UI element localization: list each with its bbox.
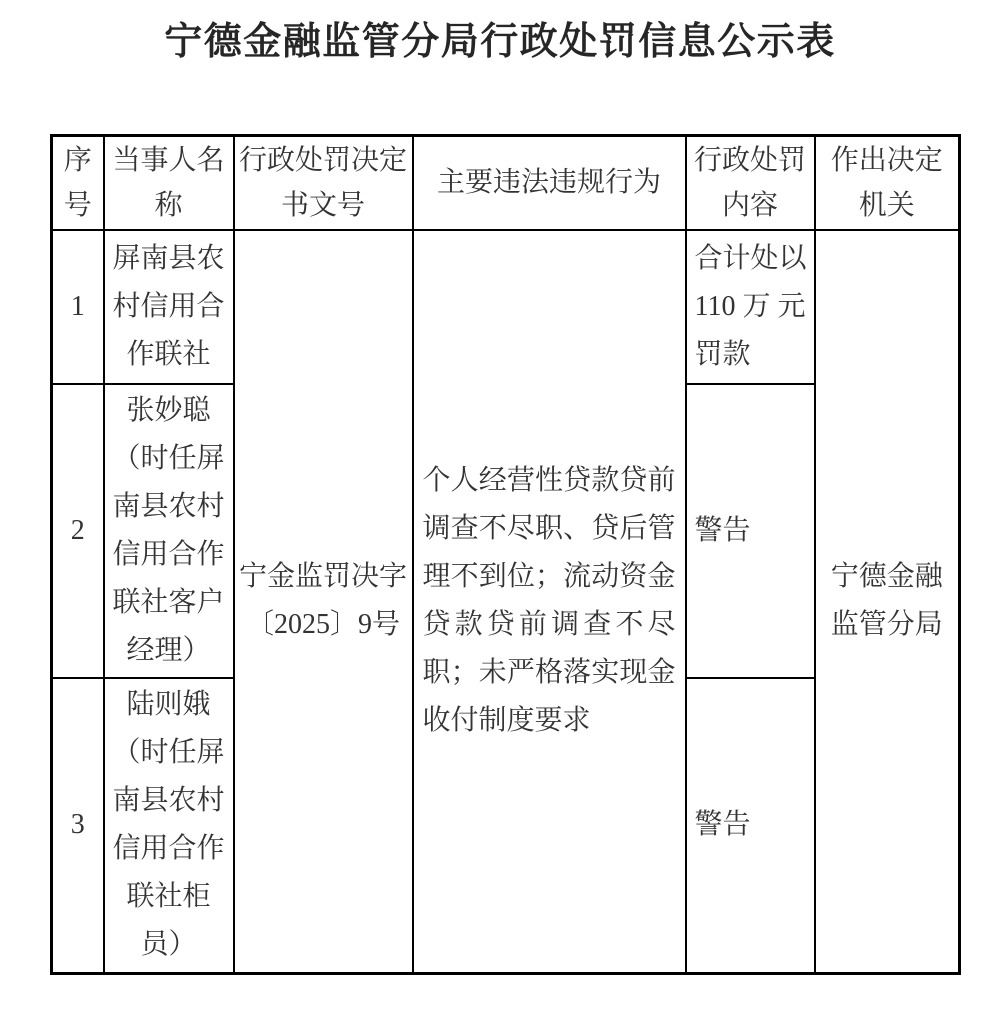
col-header-authority: 作出决定 机关	[815, 136, 960, 230]
table-header-row: 序 号 当事人名 称 行政处罚决定 书文号 主要违法违规行为 行政处罚 内容 作…	[52, 136, 960, 230]
col-header-doc-number: 行政处罚决定 书文号	[234, 136, 413, 230]
row-number-cell: 1	[52, 230, 104, 384]
party-name-cell: 陆则娥 （时任屏 南县农村 信用合作 联社柜 员）	[104, 678, 234, 974]
row-number-cell: 3	[52, 678, 104, 974]
penalty-cell: 警告	[686, 678, 815, 974]
doc-number-cell: 宁金监罚决字 〔2025〕9号	[234, 230, 413, 974]
row-number-cell: 2	[52, 384, 104, 678]
authority-cell: 宁德金融 监管分局	[815, 230, 960, 974]
penalty-cell: 警告	[686, 384, 815, 678]
col-header-penalty: 行政处罚 内容	[686, 136, 815, 230]
page-title: 宁德金融监管分局行政处罚信息公示表	[0, 20, 1000, 64]
col-header-violation: 主要违法违规行为	[413, 136, 686, 230]
col-header-party: 当事人名 称	[104, 136, 234, 230]
table-row: 1 屏南县农 村信用合 作联社 宁金监罚决字 〔2025〕9号 个人经营性贷款贷…	[52, 230, 960, 384]
violation-cell: 个人经营性贷款贷前调查不尽职、贷后管理不到位；流动资金贷款贷前调查不尽职；未严格…	[413, 230, 686, 974]
party-name-cell: 屏南县农 村信用合 作联社	[104, 230, 234, 384]
col-header-serial: 序 号	[52, 136, 104, 230]
party-name-cell: 张妙聪 （时任屏 南县农村 信用合作 联社客户 经理）	[104, 384, 234, 678]
penalty-cell: 合计处以 110 万 元 罚款	[686, 230, 815, 384]
penalty-table: 序 号 当事人名 称 行政处罚决定 书文号 主要违法违规行为 行政处罚 内容 作…	[50, 134, 961, 975]
